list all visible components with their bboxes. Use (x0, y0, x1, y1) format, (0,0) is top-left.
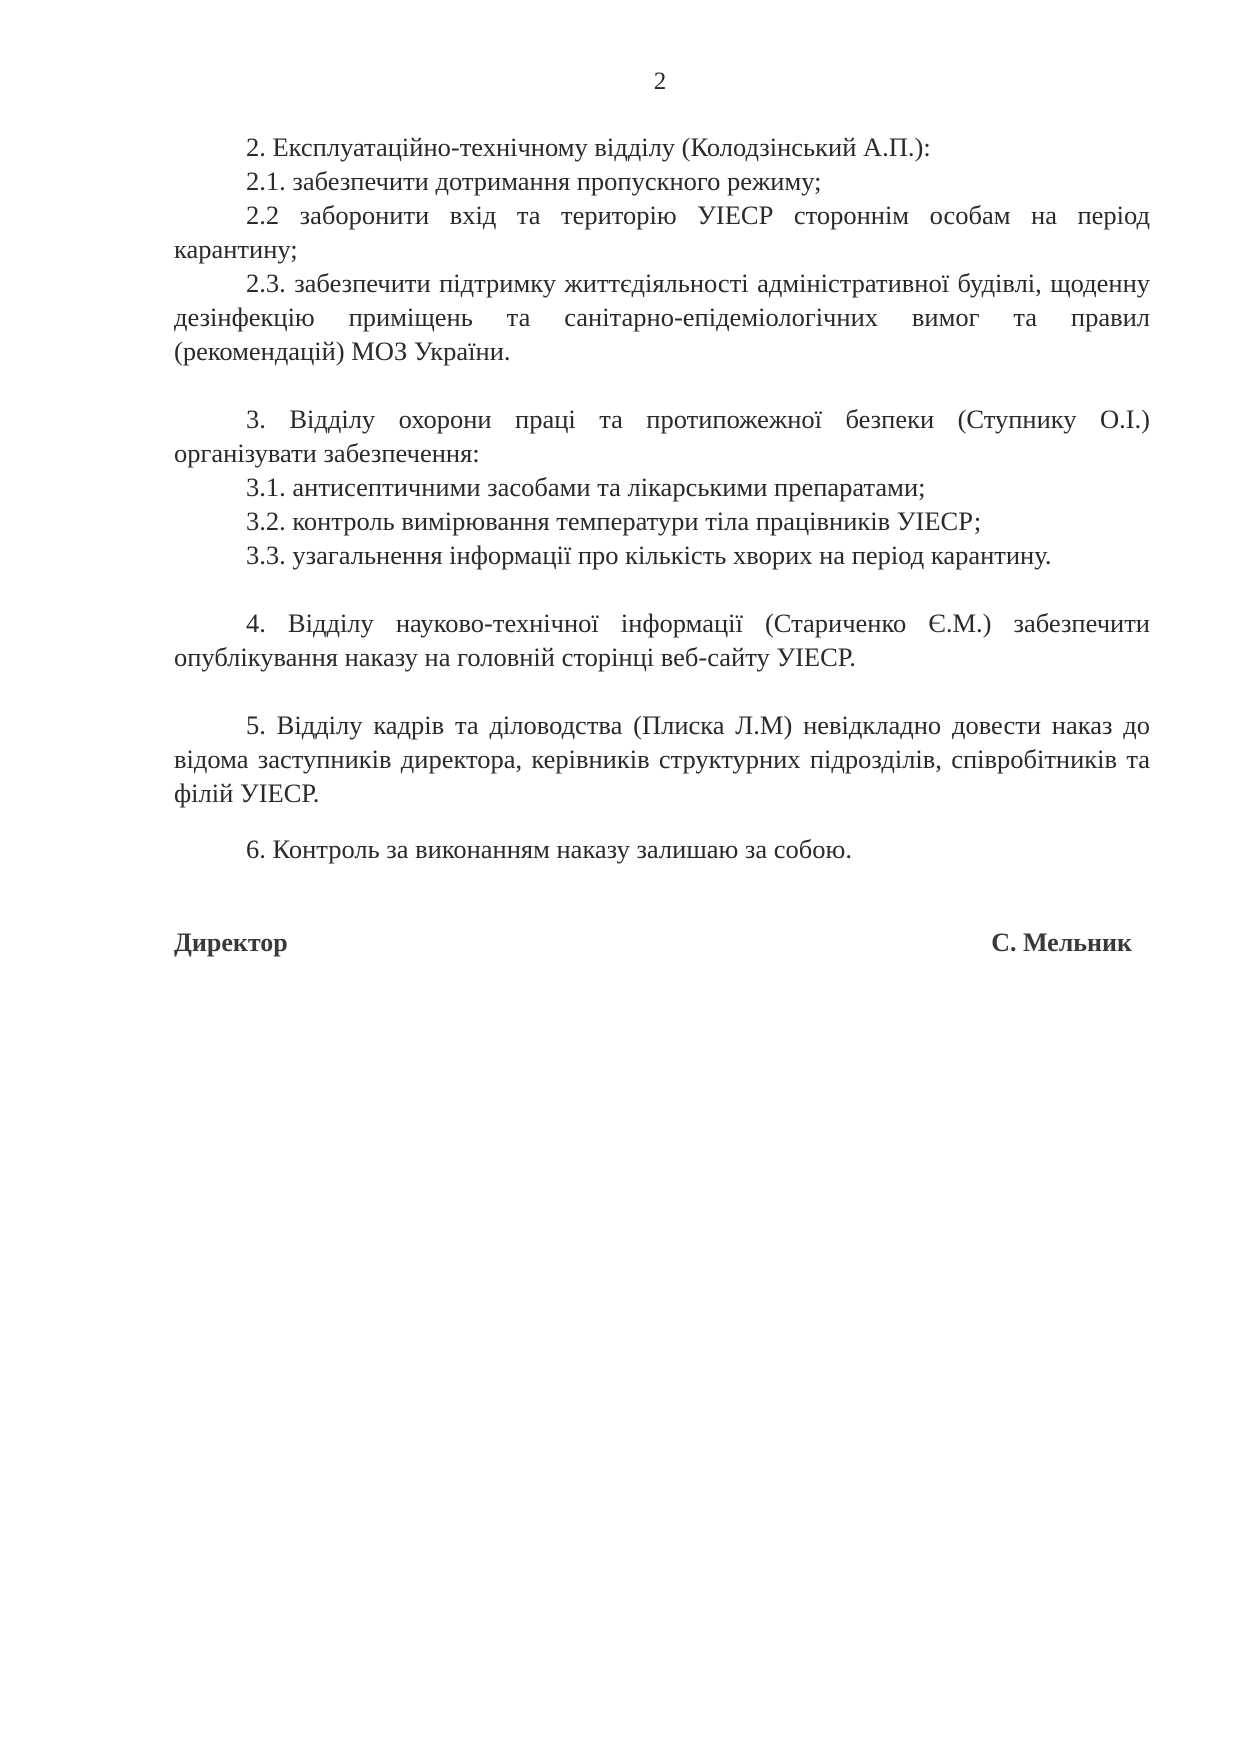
page-number: 2 (0, 68, 1240, 96)
section-2-item-1: 2.1. забезпечити дотримання пропускного … (174, 164, 1150, 198)
section-3-heading: 3. Відділу охорони праці та протипожежно… (174, 402, 1150, 470)
section-2-item-3: 2.3. забезпечити підтримку життєдіяльнос… (174, 266, 1150, 368)
section-3-item-1: 3.1. антисептичними засобами та лікарськ… (174, 470, 1150, 504)
section-4: 4. Відділу науково-технічної інформації … (174, 606, 1150, 674)
section-3-item-2: 3.2. контроль вимірювання температури ті… (174, 504, 1150, 538)
section-5: 5. Відділу кадрів та діловодства (Плиска… (174, 708, 1150, 810)
section-2-item-2: 2.2 заборонити вхід та територію УІЕСР с… (174, 198, 1150, 266)
section-2-heading: 2. Експлуатаційно-технічному відділу (Ко… (174, 130, 1150, 164)
section-3-item-3: 3.3. узагальнення інформації про кількіс… (174, 538, 1150, 572)
document-body: 2. Експлуатаційно-технічному відділу (Ко… (174, 130, 1150, 866)
document-page: 2 2. Експлуатаційно-технічному відділу (… (0, 0, 1240, 1753)
signature-name: С. Мельник (991, 928, 1132, 958)
signature-position: Директор (174, 928, 288, 958)
signature-block: Директор С. Мельник (174, 928, 1132, 958)
section-6: 6. Контроль за виконанням наказу залишаю… (174, 832, 1150, 866)
